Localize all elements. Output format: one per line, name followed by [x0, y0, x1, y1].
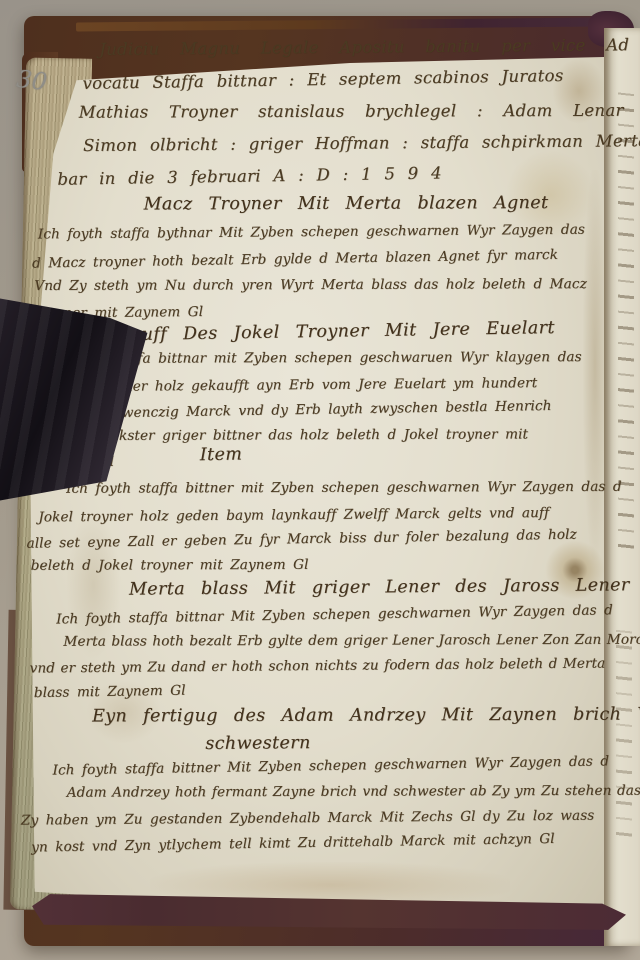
entry-line: Jokel troyner holz geden baym laynkauff …: [38, 505, 549, 525]
entry-line: d Macz troyner hoth bezalt Erb gylde d M…: [32, 247, 558, 272]
entry-line: Adam Andrzey hoth fermant Zayne brich vn…: [67, 783, 640, 801]
manuscript-photo: 30 Judiciu Magnu Legale Apositu banitu p…: [0, 0, 640, 960]
entry-line: Vnd Zy steth ym Nu durch yren Wyrt Merta…: [34, 276, 587, 294]
entry-line: Ich foyth staffa bythnar Mit Zyben schep…: [38, 222, 585, 243]
entry-line: beleth d Jokel troyner mit Zaynem Gl: [31, 557, 309, 574]
header-line: bar in die 3 februari A : D : 1 5 9 4: [57, 163, 442, 188]
entry-line: Ich foyth staffa bittnar Mit Zyben schep…: [56, 602, 613, 627]
header-line: Mathias Troyner stanislaus brychlegel : …: [79, 101, 624, 122]
entry-line: alle set eyne Zall er geben Zu fyr Marck…: [26, 527, 577, 552]
entry-line: Ich foyth staffa bittner mit Zyben schep…: [66, 479, 622, 497]
folio-number: 30: [15, 65, 49, 97]
entry-heading: Eyn fertigug des Adam Andrzey Mit Zaynen…: [92, 704, 640, 726]
entry-heading: Merta blass Mit griger Lener des Jaross …: [129, 575, 640, 600]
entry-line: Ich foyth staffa bittner Mit Zyben schep…: [52, 753, 609, 778]
entry-line: yn kost vnd Zyn ytlychem tell kimt Zu dr…: [31, 831, 555, 856]
entry-heading: Item: [200, 445, 243, 466]
header-line: Simon olbricht : griger Hoffman : staffa…: [83, 131, 640, 155]
header-line: Judiciu Magnu Legale Apositu banitu per …: [99, 35, 629, 59]
entry-heading-continued: schwestern: [205, 733, 311, 754]
entry-line: vnd er steth ym Zu dand er hoth schon ni…: [30, 656, 606, 677]
entry-line: blass mit Zaynem Gl: [34, 683, 186, 702]
header-line: vocatu Staffa bittnar : Et septem scabin…: [82, 66, 563, 93]
entry-line: Zy haben ym Zu gestanden Zybendehalb Mar…: [21, 808, 594, 829]
entry-line: Merta blass hoth bezalt Erb gylte dem gr…: [63, 632, 640, 650]
entry-heading: Macz Troyner Mit Merta blazen Agnet: [144, 193, 549, 214]
